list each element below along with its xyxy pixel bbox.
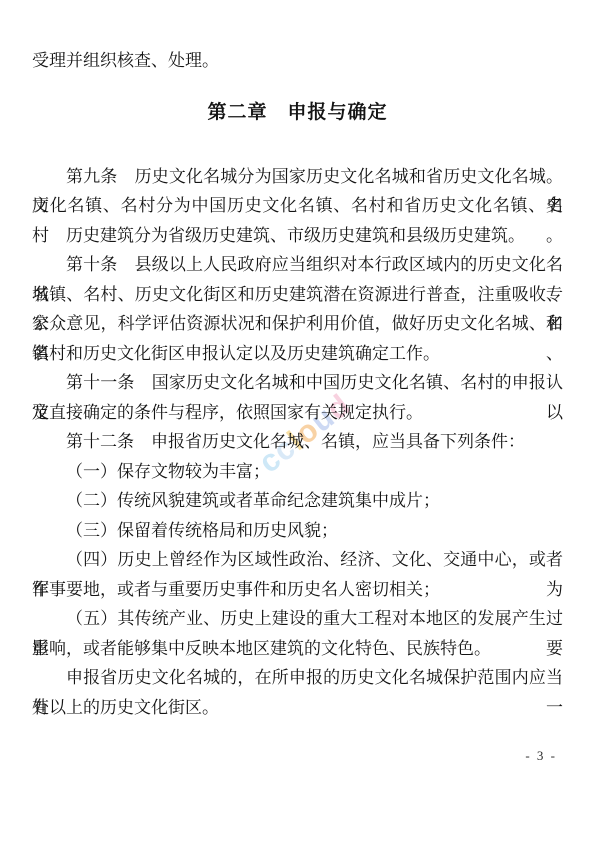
- text-line: （一）保存文物较为丰富；: [32, 457, 563, 487]
- text-line: 第十一条 国家历史文化名城和中国历史文化名镇、名村的申报认定以: [32, 368, 563, 398]
- document-page: ccloud 受理并组织核查、处理。 第二章 申报与确定 第九条 历史文化名城分…: [0, 0, 595, 841]
- text-line: 公众意见，科学评估资源状况和保护利用价值，做好历史文化名城、名镇、: [32, 309, 563, 339]
- text-line: （二）传统风貌建筑或者革命纪念建筑集中成片；: [32, 486, 563, 516]
- chapter-heading: 第二章 申报与确定: [32, 98, 563, 128]
- text-line: （四）历史上曾经作为区域性政治、经济、文化、交通中心，或者作为: [32, 545, 563, 575]
- text-line: 文化名镇、名村分为中国历史文化名镇、名村和省历史文化名镇、名村。: [32, 191, 563, 221]
- text-line: 影响，或者能够集中反映本地区建筑的文化特色、民族特色。: [32, 634, 563, 664]
- text-line: 名镇、名村、历史文化街区和历史建筑潜在资源进行普查，注重吸收专家和: [32, 280, 563, 310]
- text-line: 受理并组织核查、处理。: [32, 46, 563, 76]
- text-line: （三）保留着传统格局和历史风貌；: [32, 516, 563, 546]
- body-text: 第九条 历史文化名城分为国家历史文化名城和省历史文化名城。历史 文化名镇、名村分…: [32, 162, 563, 723]
- text-line: 第十条 县级以上人民政府应当组织对本行政区域内的历史文化名城、: [32, 250, 563, 280]
- page-number: - 3 -: [525, 748, 557, 764]
- text-line: 第十二条 申报省历史文化名城、名镇，应当具备下列条件：: [32, 427, 563, 457]
- text-line: 历史建筑分为省级历史建筑、市级历史建筑和县级历史建筑。: [32, 221, 563, 251]
- document-content: 受理并组织核查、处理。 第二章 申报与确定 第九条 历史文化名城分为国家历史文化…: [32, 46, 563, 722]
- text-line: （五）其传统产业、历史上建设的重大工程对本地区的发展产生过重要: [32, 604, 563, 634]
- text-line: 申报省历史文化名城的，在所申报的历史文化名城保护范围内应当有一: [32, 663, 563, 693]
- text-line: 第九条 历史文化名城分为国家历史文化名城和省历史文化名城。历史: [32, 162, 563, 192]
